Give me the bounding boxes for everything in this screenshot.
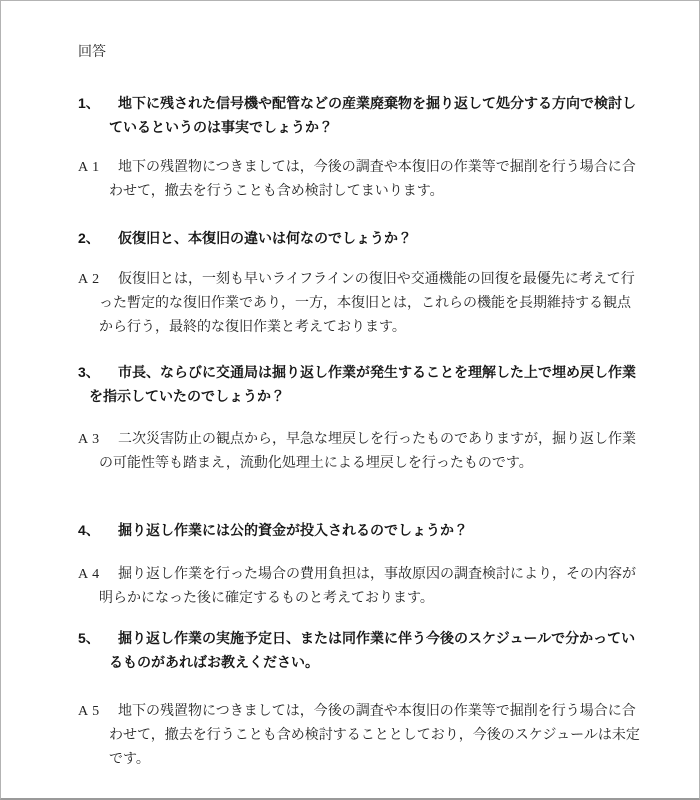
text-line: A2仮復旧とは，一刻も早いライフラインの復旧や交通機能の回復を最優先に考えて行: [78, 268, 663, 292]
answer-block: A1地下の残置物につきましては，今後の調査や本復旧の作業等で掘削を行う場合に合わ…: [78, 156, 663, 204]
text-line: 2、仮復旧と、本復旧の違いは何なのでしょうか？: [78, 226, 663, 250]
text-line: った暫定的な復旧作業であり，一方，本復旧とは，これらの機能を長期維持する観点: [78, 292, 663, 316]
qa-list: 1、地下に残された信号機や配管などの産業廃棄物を掘り返して処分する方向で検討して…: [78, 91, 663, 772]
line-text: 地下の残置物につきましては，今後の調査や本復旧の作業等で掘削を行う場合に合: [118, 700, 636, 724]
answer-label: A5: [78, 700, 118, 724]
text-line: 明らかになった後に確定するものと考えております。: [78, 587, 663, 611]
answer-label: A1: [78, 156, 118, 180]
answer-label: A3: [78, 428, 118, 452]
text-line: の可能性等も踏まえ，流動化処理土による埋戻しを行ったものです。: [78, 452, 663, 476]
page-title: 回答: [78, 41, 663, 65]
line-text: 二次災害防止の観点から，早急な埋戻しを行ったものでありますが，掘り返し作業: [118, 428, 636, 452]
line-text: 仮復旧と、本復旧の違いは何なのでしょうか？: [118, 226, 412, 250]
question-block: 2、仮復旧と、本復旧の違いは何なのでしょうか？: [78, 226, 663, 250]
line-text: 地下に残された信号機や配管などの産業廃棄物を掘り返して処分する方向で検討し: [118, 91, 636, 115]
question-number: 4、: [78, 518, 118, 542]
text-line: ているというのは事実でしょうか？: [78, 115, 663, 139]
text-line: です。: [78, 748, 663, 772]
question-block: 5、掘り返し作業の実施予定日、または同作業に伴う今後のスケジュールで分かっている…: [78, 626, 663, 674]
question-block: 4、掘り返し作業には公的資金が投入されるのでしょうか？: [78, 518, 663, 542]
text-line: 5、掘り返し作業の実施予定日、または同作業に伴う今後のスケジュールで分かってい: [78, 626, 663, 650]
answer-label: A2: [78, 268, 118, 292]
text-line: 1、地下に残された信号機や配管などの産業廃棄物を掘り返して処分する方向で検討し: [78, 91, 663, 115]
question-block: 1、地下に残された信号機や配管などの産業廃棄物を掘り返して処分する方向で検討して…: [78, 91, 663, 139]
text-line: A5地下の残置物につきましては，今後の調査や本復旧の作業等で掘削を行う場合に合: [78, 700, 663, 724]
line-text: 市長、ならびに交通局は掘り返し作業が発生することを理解した上で埋め戻し作業: [118, 360, 636, 384]
answer-label: A4: [78, 563, 118, 587]
text-line: 4、掘り返し作業には公的資金が投入されるのでしょうか？: [78, 518, 663, 542]
question-number: 3、: [78, 360, 118, 384]
document-page: 回答 1、地下に残された信号機や配管などの産業廃棄物を掘り返して処分する方向で検…: [0, 0, 700, 800]
question-number: 5、: [78, 626, 118, 650]
question-number: 2、: [78, 226, 118, 250]
answer-block: A2仮復旧とは，一刻も早いライフラインの復旧や交通機能の回復を最優先に考えて行っ…: [78, 268, 663, 340]
line-text: 仮復旧とは，一刻も早いライフラインの復旧や交通機能の回復を最優先に考えて行: [118, 268, 635, 292]
text-line: A3二次災害防止の観点から，早急な埋戻しを行ったものでありますが，掘り返し作業: [78, 428, 663, 452]
question-number: 1、: [78, 91, 118, 115]
text-line: を指示していたのでしょうか？: [78, 384, 663, 408]
line-text: 掘り返し作業の実施予定日、または同作業に伴う今後のスケジュールで分かってい: [118, 626, 635, 650]
text-line: わせて，撤去を行うことも含め検討してまいります。: [78, 180, 663, 204]
answer-block: A4掘り返し作業を行った場合の費用負担は，事故原因の調査検討により，その内容が明…: [78, 563, 663, 611]
answer-block: A5地下の残置物につきましては，今後の調査や本復旧の作業等で掘削を行う場合に合わ…: [78, 700, 663, 772]
text-line: から行う，最終的な復旧作業と考えております。: [78, 316, 663, 340]
text-line: わせて，撤去を行うことも含め検討することとしており，今後のスケジュールは未定: [78, 724, 663, 748]
text-line: るものがあればお教えください。: [78, 650, 663, 674]
question-block: 3、市長、ならびに交通局は掘り返し作業が発生することを理解した上で埋め戻し作業を…: [78, 360, 663, 408]
text-line: A4掘り返し作業を行った場合の費用負担は，事故原因の調査検討により，その内容が: [78, 563, 663, 587]
line-text: 掘り返し作業を行った場合の費用負担は，事故原因の調査検討により，その内容が: [118, 563, 636, 587]
line-text: 掘り返し作業には公的資金が投入されるのでしょうか？: [118, 518, 468, 542]
text-line: 3、市長、ならびに交通局は掘り返し作業が発生することを理解した上で埋め戻し作業: [78, 360, 663, 384]
text-line: A1地下の残置物につきましては，今後の調査や本復旧の作業等で掘削を行う場合に合: [78, 156, 663, 180]
answer-block: A3二次災害防止の観点から，早急な埋戻しを行ったものでありますが，掘り返し作業の…: [78, 428, 663, 476]
line-text: 地下の残置物につきましては，今後の調査や本復旧の作業等で掘削を行う場合に合: [118, 156, 636, 180]
